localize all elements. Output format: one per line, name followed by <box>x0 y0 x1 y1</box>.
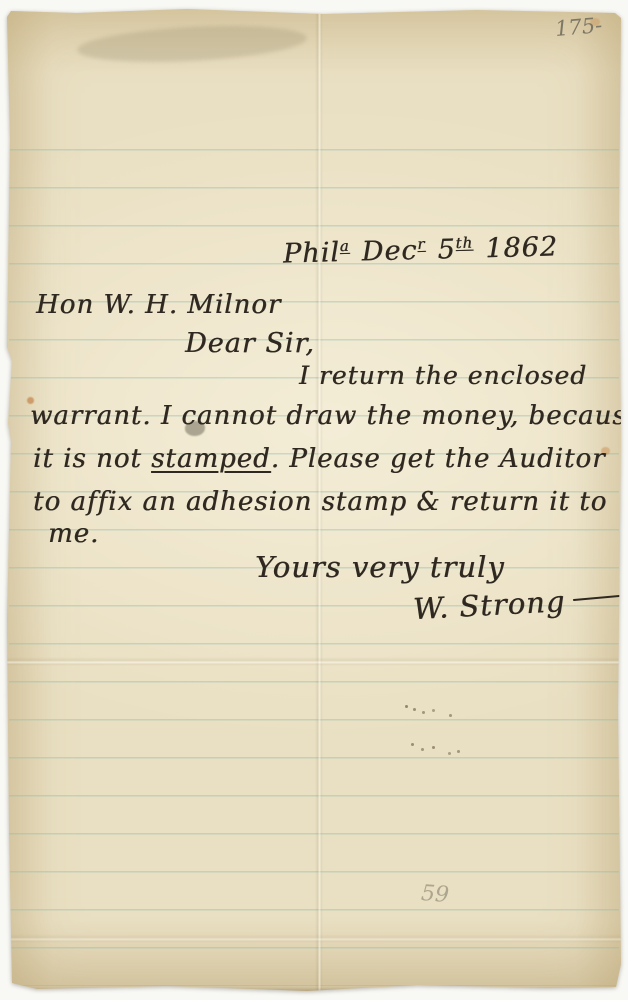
closing-line: Yours very truly <box>255 550 505 584</box>
pencil-annotation-top-right: 175- <box>554 13 603 41</box>
body-line-2: warrant. I cannot draw the money, becaus… <box>30 401 628 431</box>
horizontal-fold-crease <box>7 657 621 666</box>
date-day: 5 <box>437 234 456 265</box>
recipient-line: Hon W. H. Milnor <box>36 290 281 320</box>
pencil-annotation-bottom: 59 <box>420 881 450 908</box>
body-line-1: I return the enclosed <box>299 361 587 390</box>
date-month: Dec <box>361 235 418 267</box>
date-city-sup: a <box>339 237 349 255</box>
date-city: Phil <box>283 237 341 269</box>
body-line-4: to affix an adhesion stamp & return it t… <box>33 487 607 517</box>
signature-flourish <box>573 593 628 601</box>
date-month-sup: r <box>417 235 426 253</box>
date-day-sup: th <box>455 234 473 252</box>
scanned-letter: 175- 59 PhilaDecr5th1862 Hon W. H. Milno… <box>0 0 628 1000</box>
body-line-3-pre: it is not <box>33 444 151 474</box>
paper-sheet: 175- 59 PhilaDecr5th1862 Hon W. H. Milno… <box>7 9 621 991</box>
letter-paper: 175- 59 PhilaDecr5th1862 Hon W. H. Milno… <box>7 9 621 991</box>
body-line-3: it is not stamped. Please get the Audito… <box>33 444 606 474</box>
bottom-fold-crease <box>7 934 621 943</box>
salutation-line: Dear Sir, <box>185 328 315 359</box>
body-line-3-underlined-word: stamped <box>151 444 271 474</box>
paper-bottom-edge-shadow <box>7 987 621 991</box>
body-line-5: me. <box>48 519 99 549</box>
date-year: 1862 <box>485 231 559 264</box>
ink-speck-cluster <box>405 705 408 708</box>
erased-pencil-smudge <box>76 21 307 67</box>
body-line-3-post: . Please get the Auditor <box>271 444 606 474</box>
